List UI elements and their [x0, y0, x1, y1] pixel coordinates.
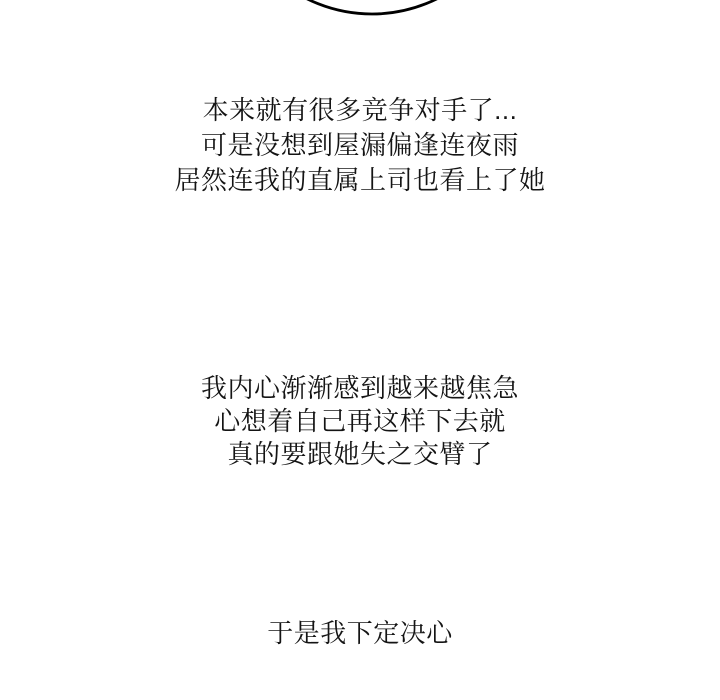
- narration-line: 可是没想到屋漏偏逢连夜雨: [0, 128, 720, 163]
- narration-line: 居然连我的直属上司也看上了她: [0, 163, 720, 198]
- narration-line: 我内心渐渐感到越来越焦急: [0, 372, 720, 405]
- narration-line: 于是我下定决心: [0, 616, 720, 650]
- narration-block-3: 于是我下定决心: [0, 616, 720, 650]
- narration-line: 真的要跟她失之交臂了: [0, 438, 720, 471]
- narration-block-2: 我内心渐渐感到越来越焦急 心想着自己再这样下去就 真的要跟她失之交臂了: [0, 372, 720, 471]
- narration-block-1: 本来就有很多竞争对手了... 可是没想到屋漏偏逢连夜雨 居然连我的直属上司也看上…: [0, 93, 720, 198]
- narration-line: 本来就有很多竞争对手了...: [0, 93, 720, 128]
- narration-line: 心想着自己再这样下去就: [0, 405, 720, 438]
- speech-bubble-arc-stroke: [226, 0, 519, 14]
- speech-bubble-bottom-arc: [0, 0, 720, 40]
- comic-page: 本来就有很多竞争对手了... 可是没想到屋漏偏逢连夜雨 居然连我的直属上司也看上…: [0, 0, 720, 700]
